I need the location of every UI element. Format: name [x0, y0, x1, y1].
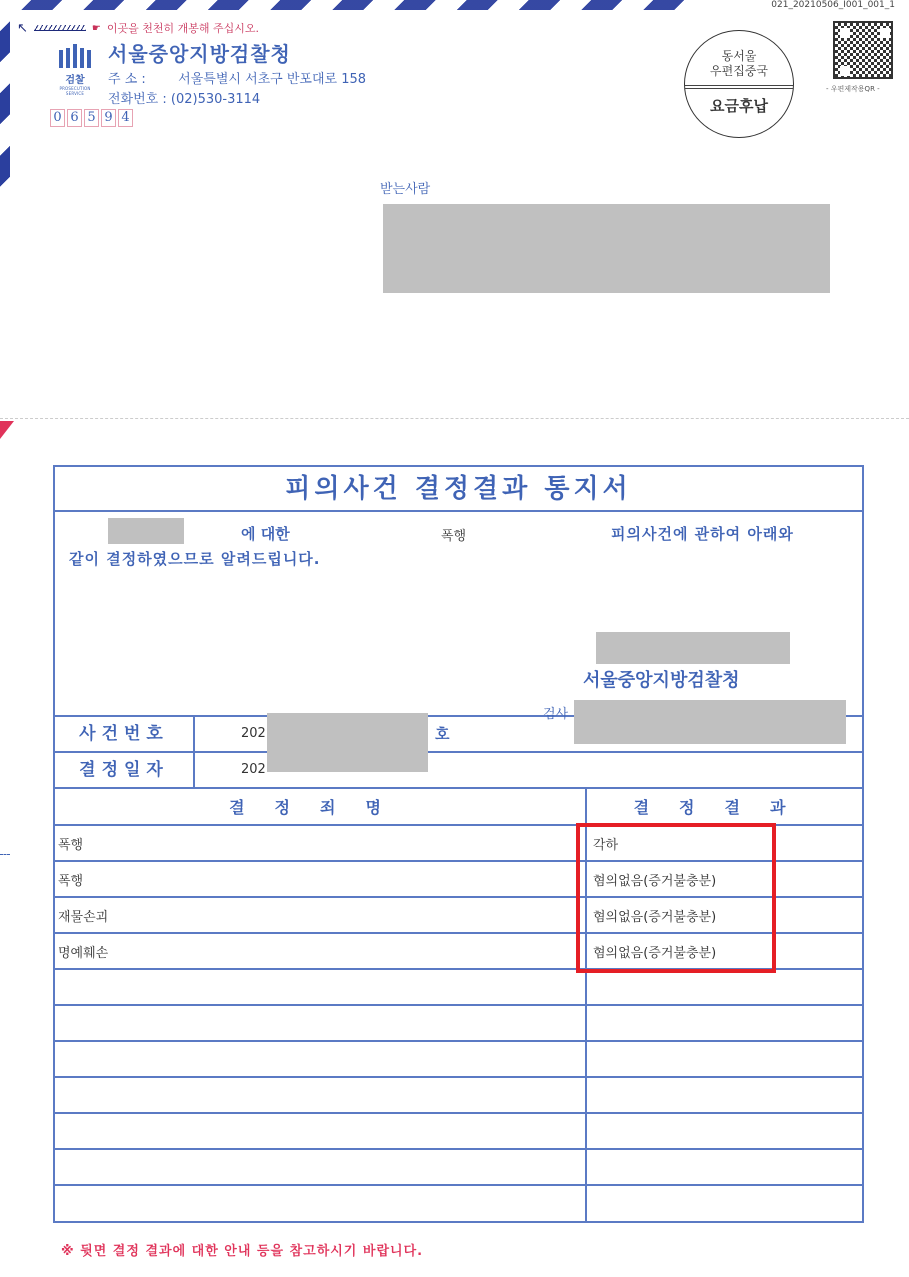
postage-stamp: 동서울 우편집중국 요금후납	[684, 30, 794, 138]
result-cell: 혐의없음(증거불충분)	[586, 861, 862, 897]
case-number-value: 202	[241, 726, 266, 741]
table-row	[55, 1149, 862, 1185]
charge-cell	[55, 969, 586, 1005]
form-title: 피의사건 결정결과 통지서	[55, 467, 862, 512]
header-charge: 결정죄명	[55, 789, 586, 825]
charge-cell	[55, 1149, 586, 1185]
result-cell	[586, 1005, 862, 1041]
result-cell	[586, 1185, 862, 1221]
qr-code-icon	[833, 21, 893, 79]
table-row	[55, 1041, 862, 1077]
crime-name: 폭행	[441, 525, 466, 544]
result-cell	[586, 1149, 862, 1185]
charge-cell	[55, 1077, 586, 1113]
table-row: 폭행각하	[55, 825, 862, 861]
charge-cell	[55, 1005, 586, 1041]
decision-date-row: 결정일자 202	[55, 753, 862, 789]
intro-section: 에 대한 폭행 피의사건에 관하여 아래와 같이 결정하였으므로 알려드립니다.…	[55, 512, 862, 717]
table-row	[55, 1005, 862, 1041]
sender-address: 주 소 : 서울특별시 서초구 반포대로 158	[108, 68, 366, 87]
table-row	[55, 1077, 862, 1113]
result-cell: 각하	[586, 825, 862, 861]
charge-cell	[55, 1113, 586, 1149]
arrow-up-left-icon: ↖	[17, 22, 28, 35]
qr-caption: - 우편제작용QR -	[826, 84, 880, 94]
charge-cell: 폭행	[55, 861, 586, 897]
result-cell: 혐의없음(증거불충분)	[586, 933, 862, 969]
sender-name: 서울중앙지방검찰청	[108, 38, 291, 67]
pointing-hand-icon: ☛	[92, 23, 101, 34]
table-row: 폭행혐의없음(증거불충분)	[55, 861, 862, 897]
table-row: 재물손괴혐의없음(증거불충분)	[55, 897, 862, 933]
table-row	[55, 1185, 862, 1221]
recipient-redaction	[383, 204, 830, 293]
airmail-border-left	[0, 0, 10, 190]
decision-notice-form: 피의사건 결정결과 통지서 에 대한 폭행 피의사건에 관하여 아래와 같이 결…	[53, 465, 864, 1223]
recipient-label: 받는사람	[380, 178, 430, 197]
tear-line	[34, 25, 86, 31]
open-instruction: ↖ ☛ 이곳을 천천히 개봉해 주십시오.	[17, 20, 259, 36]
prosecution-logo: 검찰 PROSECUTION SERVICE	[50, 44, 100, 96]
suspect-name-redaction	[108, 518, 184, 544]
table-row	[55, 969, 862, 1005]
batch-code: 021_20210506_I001_001_1	[771, 0, 895, 10]
footnote: ※ 뒷면 결정 결과에 대한 안내 등을 참고하시기 바랍니다.	[61, 1240, 423, 1259]
result-cell	[586, 969, 862, 1005]
envelope: ↖ ☛ 이곳을 천천히 개봉해 주십시오. 검찰 PROSECUTION SER…	[0, 0, 909, 400]
postal-code: 0 6 5 9 4	[50, 109, 133, 127]
result-cell	[586, 1113, 862, 1149]
charge-cell	[55, 1185, 586, 1221]
office-redaction	[596, 632, 790, 664]
charge-cell: 재물손괴	[55, 897, 586, 933]
red-corner-mark	[0, 421, 14, 439]
issuing-office: 서울중앙지방검찰청	[583, 666, 740, 692]
table-row	[55, 1113, 862, 1149]
results-table: 결정죄명 결정결과 폭행각하폭행혐의없음(증거불충분)재물손괴혐의없음(증거불충…	[55, 789, 862, 1221]
perforation-line	[0, 418, 909, 419]
decision-date-value: 202	[241, 762, 266, 777]
result-cell	[586, 1077, 862, 1113]
charge-cell	[55, 1041, 586, 1077]
fold-mark	[0, 854, 10, 855]
logo-bars-icon	[50, 44, 100, 68]
case-info-redaction	[267, 713, 428, 772]
table-row: 명예훼손혐의없음(증거불충분)	[55, 933, 862, 969]
prosecutor-redaction	[574, 700, 846, 744]
header-result: 결정결과	[586, 789, 862, 825]
sender-phone: 전화번호 : (02)530-3114	[108, 88, 260, 107]
charge-cell: 명예훼손	[55, 933, 586, 969]
result-cell	[586, 1041, 862, 1077]
charge-cell: 폭행	[55, 825, 586, 861]
result-cell: 혐의없음(증거불충분)	[586, 897, 862, 933]
